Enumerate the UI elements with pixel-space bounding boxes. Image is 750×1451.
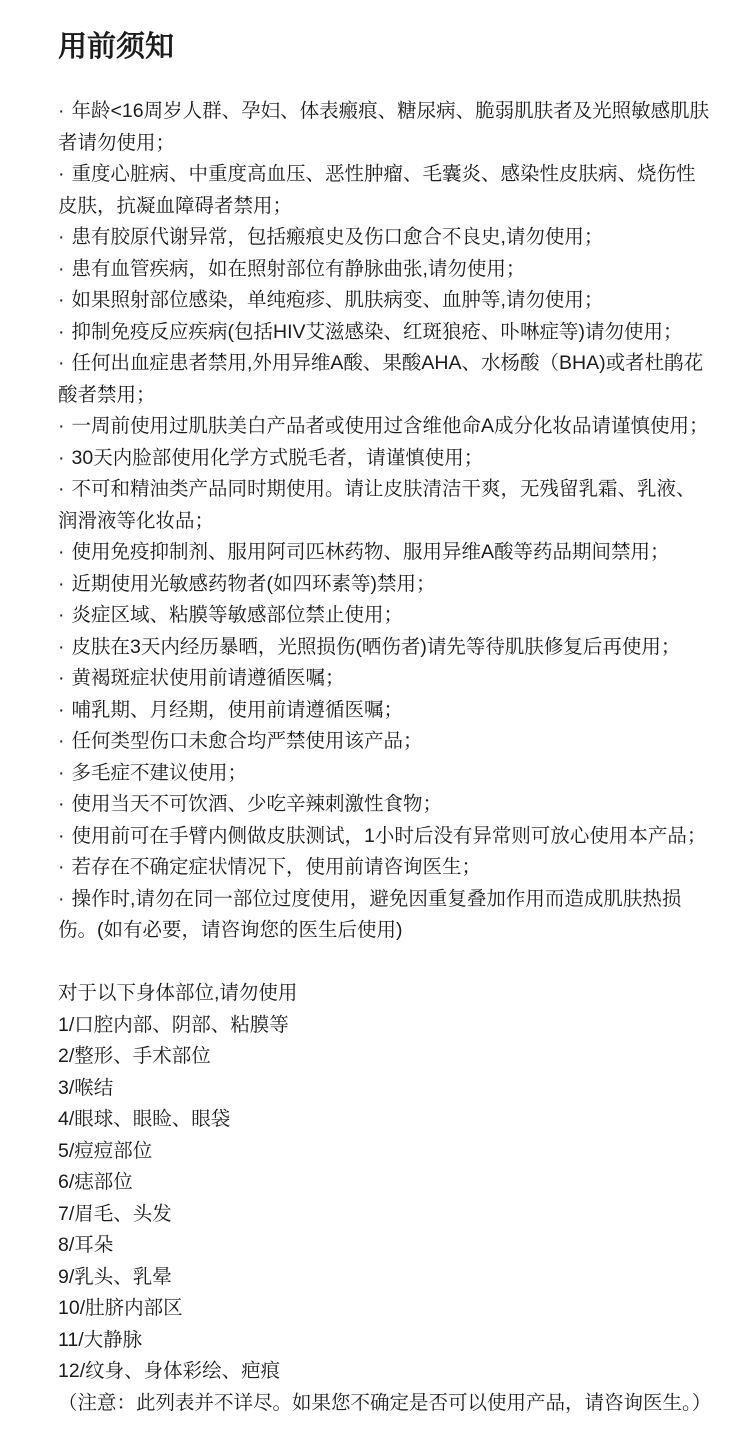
bullet-marker: · xyxy=(58,699,65,721)
notice-item: ·使用免疫抑制剂、服用阿司匹林药物、服用异维A酸等药品期间禁用； xyxy=(58,537,713,569)
notice-item: ·任何类型伤口未愈合均严禁使用该产品； xyxy=(58,726,713,758)
notice-item: ·使用当天不可饮酒、少吃辛辣刺激性食物； xyxy=(58,789,713,821)
notice-text: 年龄<16周岁人群、孕妇、体表瘢痕、糖尿病、脆弱肌肤者及光照敏感肌肤者请勿使用； xyxy=(58,100,709,154)
body-part-item: 1/口腔内部、阴部、粘膜等 xyxy=(58,1010,713,1042)
bullet-marker: · xyxy=(58,730,65,752)
notice-item: ·炎症区域、粘膜等敏感部位禁止使用； xyxy=(58,600,713,632)
bullet-marker: · xyxy=(58,415,65,437)
notice-text: 使用当天不可饮酒、少吃辛辣刺激性食物； xyxy=(72,793,443,815)
notice-item: ·年龄<16周岁人群、孕妇、体表瘢痕、糖尿病、脆弱肌肤者及光照敏感肌肤者请勿使用… xyxy=(58,96,713,159)
bullet-marker: · xyxy=(58,352,65,374)
body-part-item: 11/大静脉 xyxy=(58,1325,713,1357)
bullet-marker: · xyxy=(58,793,65,815)
notice-footnote: （注意：此列表并不详尽。如果您不确定是否可以使用产品，请咨询医生。） xyxy=(58,1388,713,1420)
notice-item: ·患有胶原代谢异常，包括瘢痕史及伤口愈合不良史,请勿使用； xyxy=(58,222,713,254)
notice-text: 使用前可在手臂内侧做皮肤测试，1小时后没有异常则可放心使用本产品； xyxy=(72,825,707,847)
notice-item: ·任何出血症患者禁用,外用异维A酸、果酸AHA、水杨酸（BHA)或者杜鹃花酸者禁… xyxy=(58,348,713,411)
bullet-marker: · xyxy=(58,447,65,469)
notice-text: 使用免疫抑制剂、服用阿司匹林药物、服用异维A酸等药品期间禁用； xyxy=(72,541,670,563)
body-part-item: 6/痣部位 xyxy=(58,1167,713,1199)
notice-item: ·一周前使用过肌肤美白产品者或使用过含维他命A成分化妆品请谨慎使用； xyxy=(58,411,713,443)
body-parts-header: 对于以下身体部位,请勿使用 xyxy=(58,978,713,1010)
bullet-marker: · xyxy=(58,478,65,500)
notice-text: 患有血管疾病，如在照射部位有静脉曲张,请勿使用； xyxy=(72,258,526,280)
notice-item: ·黄褐斑症状使用前请遵循医嘱； xyxy=(58,663,713,695)
bullet-marker: · xyxy=(58,541,65,563)
notice-text: 30天内脸部使用化学方式脱毛者，请谨慎使用； xyxy=(72,447,484,469)
bullet-marker: · xyxy=(58,289,65,311)
body-part-item: 7/眉毛、头发 xyxy=(58,1199,713,1231)
notice-text: 哺乳期、月经期，使用前请遵循医嘱； xyxy=(72,699,404,721)
notice-text: 患有胶原代谢异常，包括瘢痕史及伤口愈合不良史,请勿使用； xyxy=(72,226,604,248)
bullet-marker: · xyxy=(58,636,65,658)
body-part-item: 12/纹身、身体彩绘、疤痕 xyxy=(58,1356,713,1388)
bullet-marker: · xyxy=(58,825,65,847)
notice-text: 重度心脏病、中重度高血压、恶性肿瘤、毛囊炎、感染性皮肤病、烧伤性皮肤，抗凝血障碍… xyxy=(58,163,696,217)
bullet-marker: · xyxy=(58,573,65,595)
notice-item: ·患有血管疾病，如在照射部位有静脉曲张,请勿使用； xyxy=(58,254,713,286)
notice-item: ·不可和精油类产品同时期使用。请让皮肤清洁干爽，无残留乳霜、乳液、润滑液等化妆品… xyxy=(58,474,713,537)
notice-item: ·操作时,请勿在同一部位过度使用，避免因重复叠加作用而造成肌肤热损伤。(如有必要… xyxy=(58,884,713,947)
notice-text: 皮肤在3天内经历暴晒，光照损伤(晒伤者)请先等待肌肤修复后再使用； xyxy=(72,636,681,658)
notice-item: ·如果照射部位感染，单纯疱疹、肌肤病变、血肿等,请勿使用； xyxy=(58,285,713,317)
body-part-item: 5/痘痘部位 xyxy=(58,1136,713,1168)
bullet-marker: · xyxy=(58,604,65,626)
body-parts-list: 对于以下身体部位,请勿使用 1/口腔内部、阴部、粘膜等 2/整形、手术部位 3/… xyxy=(58,978,713,1419)
bullet-marker: · xyxy=(58,258,65,280)
notice-text: 不可和精油类产品同时期使用。请让皮肤清洁干爽，无残留乳霜、乳液、润滑液等化妆品； xyxy=(58,478,696,532)
bullet-marker: · xyxy=(58,888,65,910)
notice-text: 抑制免疫反应疾病(包括HIV艾滋感染、红斑狼疮、卟啉症等)请勿使用； xyxy=(72,321,683,343)
notice-item: ·使用前可在手臂内侧做皮肤测试，1小时后没有异常则可放心使用本产品； xyxy=(58,821,713,853)
body-part-item: 9/乳头、乳晕 xyxy=(58,1262,713,1294)
body-part-item: 4/眼球、眼睑、眼袋 xyxy=(58,1104,713,1136)
notice-text: 多毛症不建议使用； xyxy=(72,762,248,784)
notice-item: ·哺乳期、月经期，使用前请遵循医嘱； xyxy=(58,695,713,727)
bullet-marker: · xyxy=(58,856,65,878)
notice-text: 任何出血症患者禁用,外用异维A酸、果酸AHA、水杨酸（BHA)或者杜鹃花酸者禁用… xyxy=(58,352,703,406)
precautions-list: ·年龄<16周岁人群、孕妇、体表瘢痕、糖尿病、脆弱肌肤者及光照敏感肌肤者请勿使用… xyxy=(58,96,713,947)
notice-item: ·多毛症不建议使用； xyxy=(58,758,713,790)
bullet-marker: · xyxy=(58,762,65,784)
notice-item: ·30天内脸部使用化学方式脱毛者，请谨慎使用； xyxy=(58,443,713,475)
notice-text: 一周前使用过肌肤美白产品者或使用过含维他命A成分化妆品请谨慎使用； xyxy=(72,415,709,437)
notice-item: ·近期使用光敏感药物者(如四环素等)禁用； xyxy=(58,569,713,601)
bullet-marker: · xyxy=(58,100,65,122)
product-notice-page: 用前须知 ·年龄<16周岁人群、孕妇、体表瘢痕、糖尿病、脆弱肌肤者及光照敏感肌肤… xyxy=(0,0,750,1451)
body-part-item: 10/肚脐内部区 xyxy=(58,1293,713,1325)
notice-text: 近期使用光敏感药物者(如四环素等)禁用； xyxy=(72,573,436,595)
bullet-marker: · xyxy=(58,163,65,185)
notice-text: 如果照射部位感染，单纯疱疹、肌肤病变、血肿等,请勿使用； xyxy=(72,289,604,311)
notice-text: 炎症区域、粘膜等敏感部位禁止使用； xyxy=(72,604,404,626)
bullet-marker: · xyxy=(58,321,65,343)
notice-text: 操作时,请勿在同一部位过度使用，避免因重复叠加作用而造成肌肤热损伤。(如有必要，… xyxy=(58,888,681,942)
notice-item: ·若存在不确定症状情况下，使用前请咨询医生； xyxy=(58,852,713,884)
bullet-marker: · xyxy=(58,667,65,689)
notice-text: 黄褐斑症状使用前请遵循医嘱； xyxy=(72,667,345,689)
notice-item: ·皮肤在3天内经历暴晒，光照损伤(晒伤者)请先等待肌肤修复后再使用； xyxy=(58,632,713,664)
body-part-item: 2/整形、手术部位 xyxy=(58,1041,713,1073)
notice-text: 任何类型伤口未愈合均严禁使用该产品； xyxy=(72,730,423,752)
bullet-marker: · xyxy=(58,226,65,248)
notice-item: ·重度心脏病、中重度高血压、恶性肿瘤、毛囊炎、感染性皮肤病、烧伤性皮肤，抗凝血障… xyxy=(58,159,713,222)
notice-text: 若存在不确定症状情况下，使用前请咨询医生； xyxy=(72,856,482,878)
body-part-item: 8/耳朵 xyxy=(58,1230,713,1262)
body-part-item: 3/喉结 xyxy=(58,1073,713,1105)
notice-item: ·抑制免疫反应疾病(包括HIV艾滋感染、红斑狼疮、卟啉症等)请勿使用； xyxy=(58,317,713,349)
page-title: 用前须知 xyxy=(58,27,713,67)
